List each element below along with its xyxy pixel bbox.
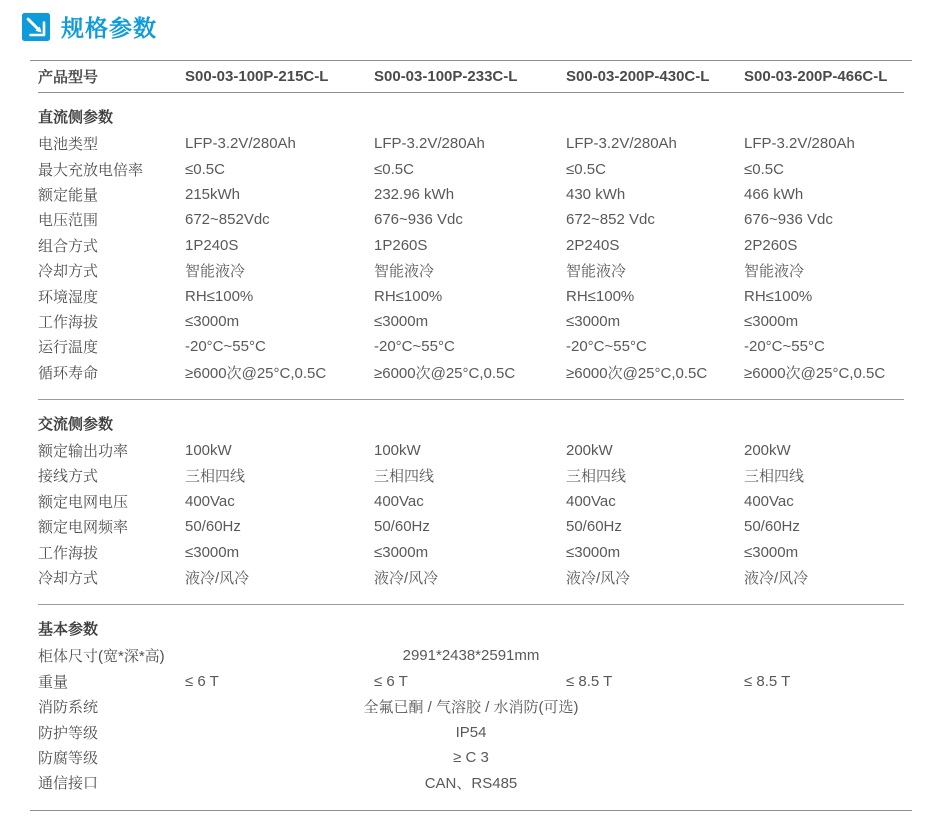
row-value: ≤3000m: [185, 544, 374, 561]
table-row: 接线方式三相四线三相四线三相四线三相四线: [38, 463, 904, 488]
row-value: ≤3000m: [566, 313, 744, 330]
table-row: 柜体尺寸(宽*深*高)2991*2438*2591mm: [38, 643, 904, 668]
row-label: 重量: [38, 671, 185, 692]
row-label: 额定输出功率: [38, 440, 185, 461]
row-value: RH≤100%: [185, 288, 374, 305]
table-row: 冷却方式智能液冷智能液冷智能液冷智能液冷: [38, 258, 904, 283]
row-value: -20°C~55°C: [374, 338, 566, 355]
row-label: 额定能量: [38, 184, 185, 205]
row-label: 额定电网电压: [38, 491, 185, 512]
row-label: 工作海拔: [38, 542, 185, 563]
row-value: ≥6000次@25°C,0.5C: [566, 362, 744, 383]
table-section: 基本参数柜体尺寸(宽*深*高)2991*2438*2591mm重量≤ 6 T≤ …: [38, 605, 904, 809]
row-value: 400Vac: [744, 493, 904, 510]
row-value: 三相四线: [185, 465, 374, 486]
table-row: 防腐等级≥ C 3: [38, 745, 904, 770]
table-row: 最大充放电倍率≤0.5C≤0.5C≤0.5C≤0.5C: [38, 156, 904, 181]
row-value: 672~852 Vdc: [566, 211, 744, 228]
row-value: 智能液冷: [185, 260, 374, 281]
row-value: ≤0.5C: [374, 161, 566, 178]
row-value: ≤ 6 T: [374, 673, 566, 690]
section-title: 基本参数: [38, 617, 904, 643]
row-value: ≤3000m: [374, 313, 566, 330]
table-row: 组合方式1P240S1P260S2P240S2P260S: [38, 233, 904, 258]
section-title: 交流侧参数: [38, 412, 904, 438]
table-row: 工作海拔≤3000m≤3000m≤3000m≤3000m: [38, 309, 904, 334]
model-header-row: 产品型号 S00-03-100P-215C-L S00-03-100P-233C…: [38, 61, 904, 93]
row-label: 工作海拔: [38, 311, 185, 332]
row-value: 400Vac: [185, 493, 374, 510]
row-value: ≤ 6 T: [185, 673, 374, 690]
model-name: S00-03-200P-430C-L: [566, 68, 744, 85]
row-value: ≤0.5C: [185, 161, 374, 178]
row-value: 智能液冷: [566, 260, 744, 281]
row-value: ≤3000m: [744, 544, 904, 561]
row-value: 液冷/风冷: [185, 567, 374, 588]
row-value: RH≤100%: [374, 288, 566, 305]
table-row: 额定能量215kWh232.96 kWh430 kWh466 kWh: [38, 182, 904, 207]
row-value: LFP-3.2V/280Ah: [374, 135, 566, 152]
table-row: 额定电网电压400Vac400Vac400Vac400Vac: [38, 489, 904, 514]
page-title: 规格参数: [61, 10, 157, 43]
table-row: 通信接口CAN、RS485: [38, 770, 904, 795]
row-value: 100kW: [185, 442, 374, 459]
row-label: 环境湿度: [38, 286, 185, 307]
model-name: S00-03-200P-466C-L: [744, 68, 904, 85]
row-value: 50/60Hz: [185, 518, 374, 535]
row-value: 三相四线: [744, 465, 904, 486]
table-row: 环境湿度RH≤100%RH≤100%RH≤100%RH≤100%: [38, 283, 904, 308]
row-span-value: 2991*2438*2591mm: [38, 647, 904, 664]
table-row: 重量≤ 6 T≤ 6 T≤ 8.5 T≤ 8.5 T: [38, 669, 904, 694]
row-value: 676~936 Vdc: [374, 211, 566, 228]
row-value: 676~936 Vdc: [744, 211, 904, 228]
row-label: 电压范围: [38, 209, 185, 230]
row-span-value: CAN、RS485: [38, 772, 904, 793]
row-span-value: 全氟已酮 / 气溶胶 / 水消防(可选): [38, 696, 904, 717]
row-value: ≥6000次@25°C,0.5C: [374, 362, 566, 383]
row-label: 组合方式: [38, 235, 185, 256]
row-value: ≤0.5C: [566, 161, 744, 178]
row-value: 100kW: [374, 442, 566, 459]
model-name: S00-03-100P-233C-L: [374, 68, 566, 85]
row-value: 智能液冷: [374, 260, 566, 281]
model-name: S00-03-100P-215C-L: [185, 68, 374, 85]
row-value: ≤ 8.5 T: [744, 673, 904, 690]
row-value: 672~852Vdc: [185, 211, 374, 228]
row-value: 430 kWh: [566, 186, 744, 203]
row-value: 三相四线: [566, 465, 744, 486]
row-value: ≥6000次@25°C,0.5C: [185, 362, 374, 383]
row-value: ≤3000m: [566, 544, 744, 561]
table-section: 直流侧参数电池类型LFP-3.2V/280AhLFP-3.2V/280AhLFP…: [38, 93, 904, 400]
row-value: 液冷/风冷: [566, 567, 744, 588]
model-header-label: 产品型号: [38, 66, 185, 87]
spec-table-body: 直流侧参数电池类型LFP-3.2V/280AhLFP-3.2V/280AhLFP…: [38, 93, 904, 810]
row-value: 三相四线: [374, 465, 566, 486]
row-value: 466 kWh: [744, 186, 904, 203]
row-value: 2P260S: [744, 237, 904, 254]
row-span-value: ≥ C 3: [38, 749, 904, 766]
row-value: ≤3000m: [185, 313, 374, 330]
row-value: 200kW: [744, 442, 904, 459]
row-value: 215kWh: [185, 186, 374, 203]
row-value: -20°C~55°C: [566, 338, 744, 355]
table-row: 冷却方式液冷/风冷液冷/风冷液冷/风冷液冷/风冷: [38, 565, 904, 590]
table-row: 循环寿命≥6000次@25°C,0.5C≥6000次@25°C,0.5C≥600…: [38, 360, 904, 385]
row-label: 循环寿命: [38, 362, 185, 383]
row-value: ≤ 8.5 T: [566, 673, 744, 690]
row-value: 50/60Hz: [566, 518, 744, 535]
row-value: RH≤100%: [744, 288, 904, 305]
row-value: LFP-3.2V/280Ah: [744, 135, 904, 152]
table-row: 消防系统全氟已酮 / 气溶胶 / 水消防(可选): [38, 694, 904, 719]
section-title: 直流侧参数: [38, 105, 904, 131]
row-value: 200kW: [566, 442, 744, 459]
row-value: 2P240S: [566, 237, 744, 254]
table-row: 电池类型LFP-3.2V/280AhLFP-3.2V/280AhLFP-3.2V…: [38, 131, 904, 156]
row-value: RH≤100%: [566, 288, 744, 305]
row-value: 400Vac: [566, 493, 744, 510]
row-value: 232.96 kWh: [374, 186, 566, 203]
row-value: 智能液冷: [744, 260, 904, 281]
row-value: 50/60Hz: [744, 518, 904, 535]
table-row: 电压范围672~852Vdc676~936 Vdc672~852 Vdc676~…: [38, 207, 904, 232]
row-value: 400Vac: [374, 493, 566, 510]
table-row: 运行温度-20°C~55°C-20°C~55°C-20°C~55°C-20°C~…: [38, 334, 904, 359]
row-value: LFP-3.2V/280Ah: [566, 135, 744, 152]
row-value: 1P240S: [185, 237, 374, 254]
table-row: 工作海拔≤3000m≤3000m≤3000m≤3000m: [38, 539, 904, 564]
row-value: 液冷/风冷: [374, 567, 566, 588]
row-value: ≥6000次@25°C,0.5C: [744, 362, 904, 383]
row-label: 最大充放电倍率: [38, 159, 185, 180]
row-label: 接线方式: [38, 465, 185, 486]
row-label: 电池类型: [38, 133, 185, 154]
spec-table: 产品型号 S00-03-100P-215C-L S00-03-100P-233C…: [30, 60, 912, 811]
row-label: 冷却方式: [38, 260, 185, 281]
row-label: 冷却方式: [38, 567, 185, 588]
row-label: 运行温度: [38, 336, 185, 357]
table-row: 额定输出功率100kW100kW200kW200kW: [38, 438, 904, 463]
row-value: 1P260S: [374, 237, 566, 254]
table-row: 额定电网频率50/60Hz50/60Hz50/60Hz50/60Hz: [38, 514, 904, 539]
row-span-value: IP54: [38, 724, 904, 741]
arrow-corner-icon: [22, 13, 50, 41]
row-value: LFP-3.2V/280Ah: [185, 135, 374, 152]
row-value: ≤3000m: [374, 544, 566, 561]
table-row: 防护等级IP54: [38, 719, 904, 744]
row-label: 额定电网频率: [38, 516, 185, 537]
row-value: 50/60Hz: [374, 518, 566, 535]
row-value: ≤3000m: [744, 313, 904, 330]
row-value: -20°C~55°C: [185, 338, 374, 355]
row-value: ≤0.5C: [744, 161, 904, 178]
row-value: -20°C~55°C: [744, 338, 904, 355]
row-value: 液冷/风冷: [744, 567, 904, 588]
table-section: 交流侧参数额定输出功率100kW100kW200kW200kW接线方式三相四线三…: [38, 400, 904, 605]
page-header: 规格参数: [22, 10, 157, 43]
